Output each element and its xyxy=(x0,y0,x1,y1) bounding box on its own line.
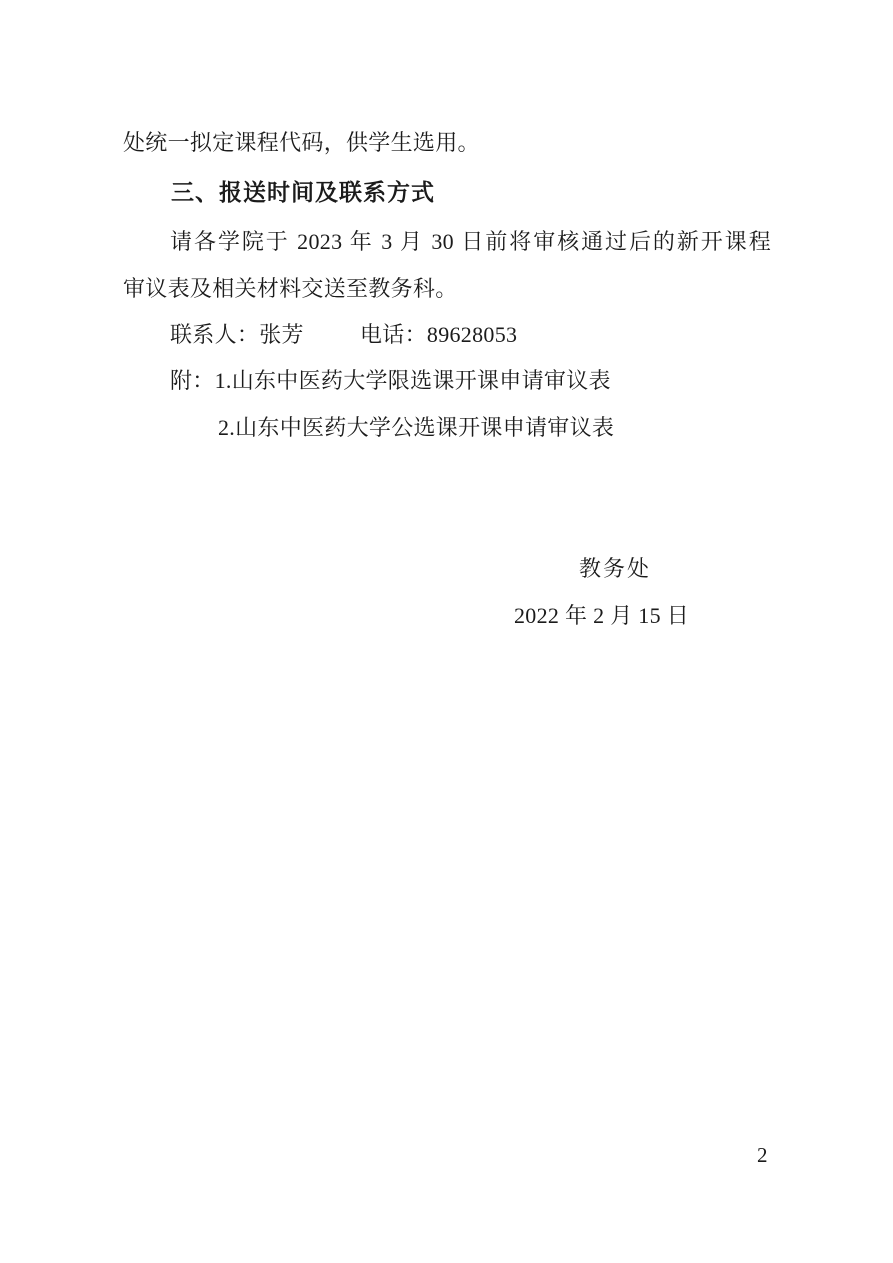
attachment-item-1: 附：1.山东中医药大学限选课开课申请审议表 xyxy=(170,368,611,394)
attachment-item-2: 2.山东中医药大学公选课开课申请审议表 xyxy=(218,415,614,441)
section-heading: 三、报送时间及联系方式 xyxy=(171,180,435,206)
contact-person: 联系人：张芳 xyxy=(170,322,304,347)
contact-line: 联系人：张芳 电话：89628053 xyxy=(170,322,790,348)
signature-department: 教务处 xyxy=(579,556,651,582)
contact-phone: 电话：89628053 xyxy=(360,322,517,348)
page-number: 2 xyxy=(757,1142,768,1168)
body-paragraph-line-2: 审议表及相关材料交送至教务科。 xyxy=(123,276,458,302)
paragraph-continuation-line: 处统一拟定课程代码，供学生选用。 xyxy=(123,130,480,156)
signature-date: 2022 年 2 月 15 日 xyxy=(514,603,689,629)
body-paragraph-line-1: 请各学院于 2023 年 3 月 30 日前将审核通过后的新开课程 xyxy=(170,229,771,255)
document-page: 处统一拟定课程代码，供学生选用。 三、报送时间及联系方式 请各学院于 2023 … xyxy=(0,0,893,1263)
